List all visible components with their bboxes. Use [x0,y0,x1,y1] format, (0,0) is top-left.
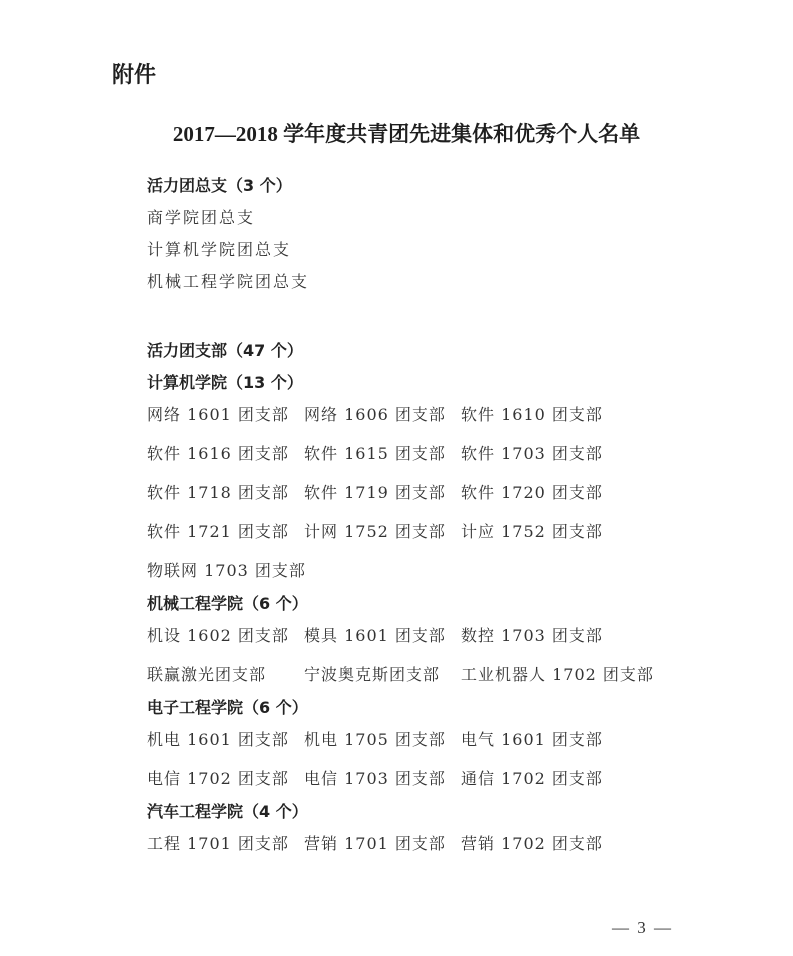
branch-name: 软件 1720 团支部 [461,483,618,503]
table-row: 软件 1718 团支部软件 1719 团支部软件 1720 团支部 [147,483,747,522]
college-heading-automotive: 汽车工程学院（4 个） [147,802,747,834]
branch-name: 计网 1752 团支部 [304,522,461,542]
branch-name: 软件 1721 团支部 [147,522,304,542]
table-row: 联赢激光团支部宁波奥克斯团支部工业机器人 1702 团支部 [147,665,747,698]
attachment-label: 附件 [112,58,156,89]
branch-name: 通信 1702 团支部 [461,769,618,789]
section-spacer [147,304,747,341]
branch-name: 软件 1616 团支部 [147,444,304,464]
list-item: 计算机学院团总支 [147,240,747,272]
table-row: 电信 1702 团支部电信 1703 团支部通信 1702 团支部 [147,769,747,802]
branch-name: 营销 1702 团支部 [461,834,618,854]
branch-name: 软件 1610 团支部 [461,405,618,425]
branch-name: 电信 1703 团支部 [304,769,461,789]
branch-name: 模具 1601 团支部 [304,626,461,646]
table-row: 机电 1601 团支部机电 1705 团支部电气 1601 团支部 [147,730,747,769]
branch-name: 软件 1703 团支部 [461,444,618,464]
section-heading-general-branches: 活力团总支（3 个） [147,176,747,208]
branch-name: 联赢激光团支部 [147,665,304,685]
branch-name: 机电 1601 团支部 [147,730,304,750]
college-heading-electronic: 电子工程学院（6 个） [147,698,747,730]
list-item: 机械工程学院团总支 [147,272,747,304]
list-item: 商学院团总支 [147,208,747,240]
college-heading-mechanical: 机械工程学院（6 个） [147,594,747,626]
table-row: 机设 1602 团支部模具 1601 团支部数控 1703 团支部 [147,626,747,665]
table-row: 工程 1701 团支部营销 1701 团支部营销 1702 团支部 [147,834,747,873]
branch-name: 网络 1606 团支部 [304,405,461,425]
branch-name: 数控 1703 团支部 [461,626,618,646]
table-row: 软件 1616 团支部软件 1615 团支部软件 1703 团支部 [147,444,747,483]
branch-name: 机电 1705 团支部 [304,730,461,750]
section-heading-branches: 活力团支部（47 个） [147,341,747,373]
branch-name: 电气 1601 团支部 [461,730,618,750]
branch-name: 工业机器人 1702 团支部 [461,665,618,685]
branch-name: 网络 1601 团支部 [147,405,304,425]
college-heading-computer: 计算机学院（13 个） [147,373,747,405]
branch-name: 工程 1701 团支部 [147,834,304,854]
branch-name: 电信 1702 团支部 [147,769,304,789]
document-body: 活力团总支（3 个） 商学院团总支 计算机学院团总支 机械工程学院团总支 活力团… [147,176,747,873]
branch-name: 物联网 1703 团支部 [147,561,304,581]
branch-name: 宁波奥克斯团支部 [304,665,461,685]
branch-name: 机设 1602 团支部 [147,626,304,646]
branch-name: 计应 1752 团支部 [461,522,618,542]
table-row: 网络 1601 团支部网络 1606 团支部软件 1610 团支部 [147,405,747,444]
branch-name: 软件 1719 团支部 [304,483,461,503]
page-number: — 3 — [612,918,673,938]
document-title: 2017—2018 学年度共青团先进集体和优秀个人名单 [0,118,793,148]
table-row: 物联网 1703 团支部 [147,561,747,594]
branch-name: 软件 1615 团支部 [304,444,461,464]
branch-name: 营销 1701 团支部 [304,834,461,854]
table-row: 软件 1721 团支部计网 1752 团支部计应 1752 团支部 [147,522,747,561]
branch-name: 软件 1718 团支部 [147,483,304,503]
